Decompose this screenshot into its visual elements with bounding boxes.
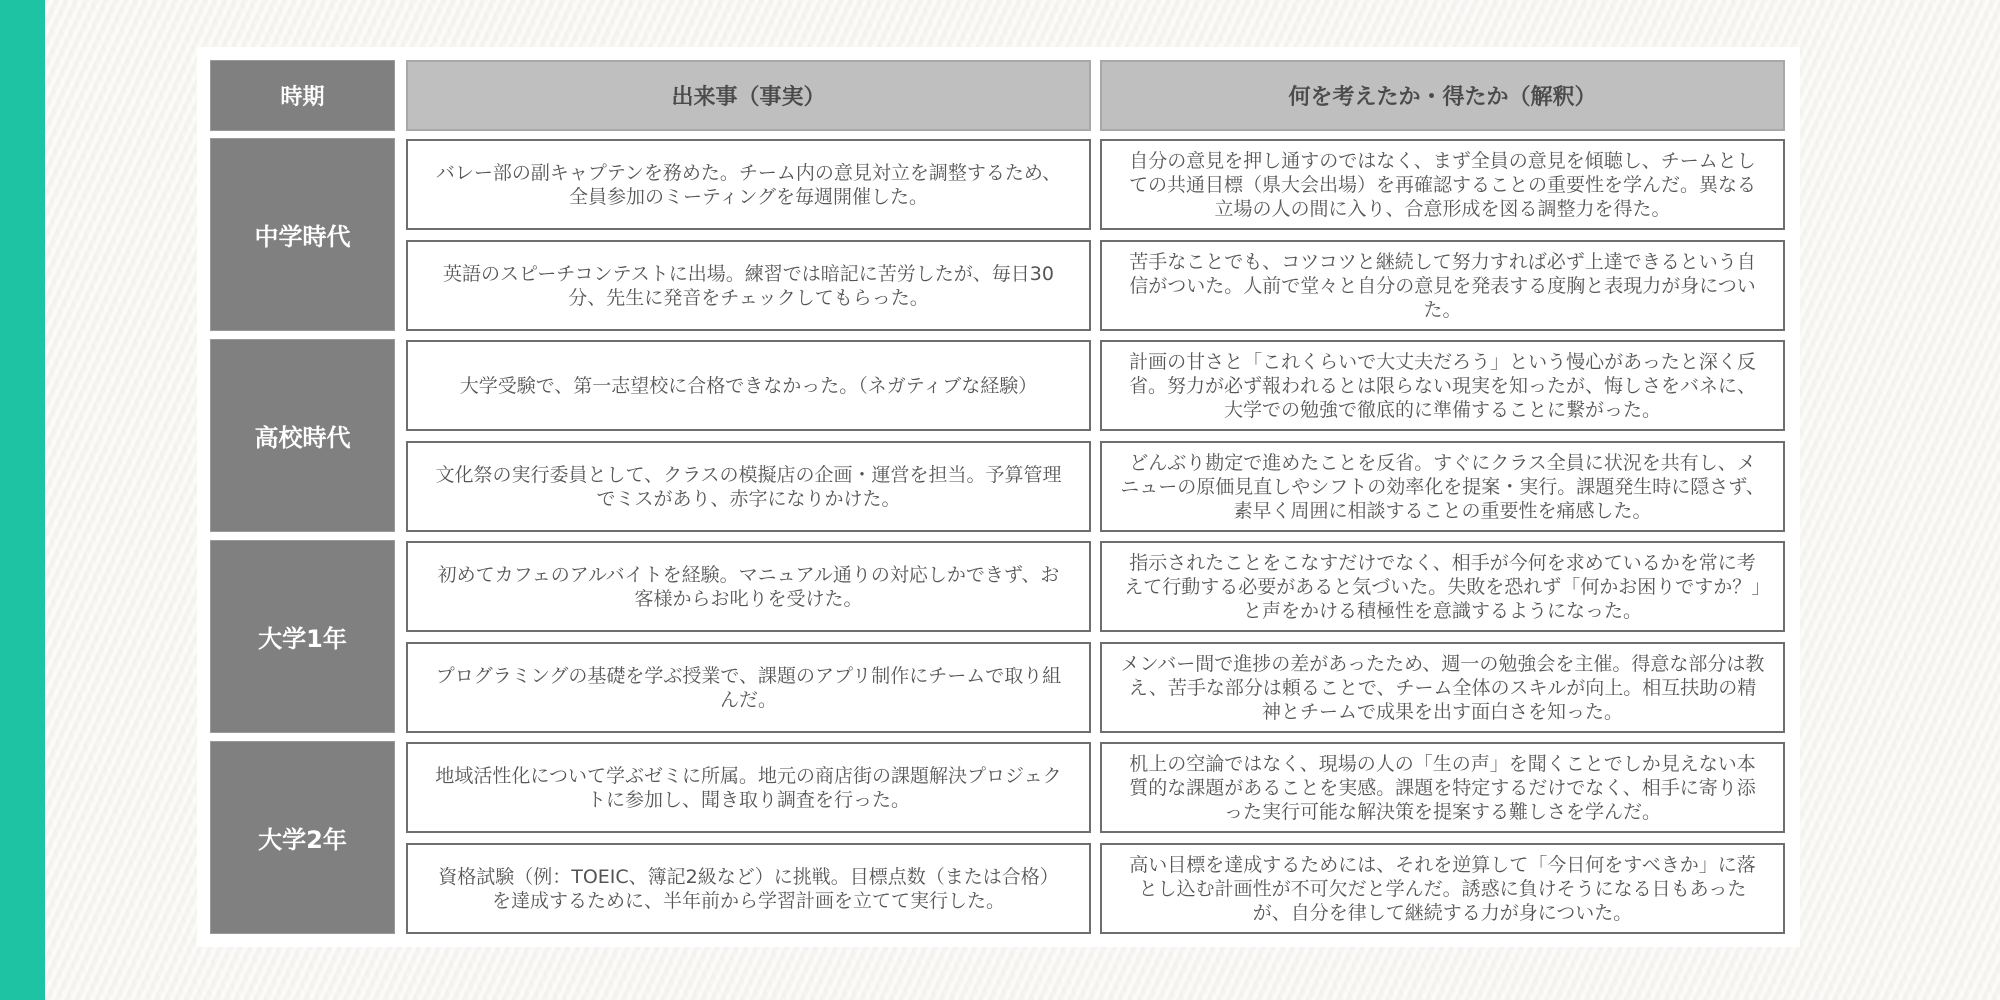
header-period: 時期: [210, 60, 395, 131]
interpretation-text: メンバー間で進捗の差があったため、週一の勉強会を主催。得意な部分は教え、苦手な部…: [1120, 652, 1765, 724]
event-text: 地域活性化について学ぶゼミに所属。地元の商店街の課題解決プロジェクトに参加し、聞…: [430, 764, 1067, 812]
interpretation-cell: メンバー間で進捗の差があったため、週一の勉強会を主催。得意な部分は教え、苦手な部…: [1100, 642, 1785, 733]
interpretation-cell: 机上の空論ではなく、現場の人の「生の声」を聞くことでしか見えない本質的な課題があ…: [1100, 742, 1785, 833]
interpretation-text: 自分の意見を押し通すのではなく、まず全員の意見を傾聴し、チームとしての共通目標（…: [1120, 149, 1765, 221]
event-text: 文化祭の実行委員として、クラスの模擬店の企画・運営を担当。予算管理でミスがあり、…: [430, 463, 1067, 511]
header-event: 出来事（事実）: [406, 60, 1091, 131]
event-text: 初めてカフェのアルバイトを経験。マニュアル通りの対応しかできず、お客様からお叱り…: [430, 563, 1067, 611]
interpretation-text: 苦手なことでも、コツコツと継続して努力すれば必ず上達できるという自信がついた。人…: [1120, 250, 1765, 322]
interpretation-cell: 高い目標を達成するためには、それを逆算して「今日何をすべきか」に落とし込む計画性…: [1100, 843, 1785, 934]
interpretation-text: 計画の甘さと「これくらいで大丈夫だろう」という慢心があったと深く反省。努力が必ず…: [1120, 350, 1765, 422]
interpretation-text: 高い目標を達成するためには、それを逆算して「今日何をすべきか」に落とし込む計画性…: [1120, 853, 1765, 925]
interpretation-text: 指示されたことをこなすだけでなく、相手が今何を求めているかを常に考えて行動する必…: [1120, 551, 1765, 623]
table-header-row: 時期 出来事（事実） 何を考えたか・得たか（解釈）: [210, 60, 1785, 131]
period-block-high-school: 高校時代 大学受験で、第一志望校に合格できなかった。（ネガティブな経験） 計画の…: [210, 339, 1785, 532]
period-label: 高校時代: [210, 339, 395, 532]
period-block-junior-high: 中学時代 バレー部の副キャプテンを務めた。チーム内の意見対立を調整するため、全員…: [210, 138, 1785, 331]
event-cell: バレー部の副キャプテンを務めた。チーム内の意見対立を調整するため、全員参加のミー…: [406, 139, 1091, 230]
event-cell: 初めてカフェのアルバイトを経験。マニュアル通りの対応しかできず、お客様からお叱り…: [406, 541, 1091, 632]
event-cell: 資格試験（例：TOEIC、簿記2級など）に挑戦。目標点数（または合格）を達成する…: [406, 843, 1091, 934]
event-cell: 大学受験で、第一志望校に合格できなかった。（ネガティブな経験）: [406, 340, 1091, 431]
interpretation-text: 机上の空論ではなく、現場の人の「生の声」を聞くことでしか見えない本質的な課題があ…: [1120, 752, 1765, 824]
event-text: バレー部の副キャプテンを務めた。チーム内の意見対立を調整するため、全員参加のミー…: [430, 161, 1067, 209]
interpretation-cell: 計画の甘さと「これくらいで大丈夫だろう」という慢心があったと深く反省。努力が必ず…: [1100, 340, 1785, 431]
period-label: 大学2年: [210, 741, 395, 934]
interpretation-cell: 指示されたことをこなすだけでなく、相手が今何を求めているかを常に考えて行動する必…: [1100, 541, 1785, 632]
event-text: 資格試験（例：TOEIC、簿記2級など）に挑戦。目標点数（または合格）を達成する…: [430, 865, 1067, 913]
event-cell: 地域活性化について学ぶゼミに所属。地元の商店街の課題解決プロジェクトに参加し、聞…: [406, 742, 1091, 833]
interpretation-cell: 自分の意見を押し通すのではなく、まず全員の意見を傾聴し、チームとしての共通目標（…: [1100, 139, 1785, 230]
period-label: 中学時代: [210, 138, 395, 331]
interpretation-cell: どんぶり勘定で進めたことを反省。すぐにクラス全員に状況を共有し、メニューの原価見…: [1100, 441, 1785, 532]
event-cell: 英語のスピーチコンテストに出場。練習では暗記に苦労したが、毎日30分、先生に発音…: [406, 240, 1091, 331]
header-interpretation: 何を考えたか・得たか（解釈）: [1100, 60, 1785, 131]
interpretation-cell: 苦手なことでも、コツコツと継続して努力すれば必ず上達できるという自信がついた。人…: [1100, 240, 1785, 331]
event-cell: 文化祭の実行委員として、クラスの模擬店の企画・運営を担当。予算管理でミスがあり、…: [406, 441, 1091, 532]
interpretation-text: どんぶり勘定で進めたことを反省。すぐにクラス全員に状況を共有し、メニューの原価見…: [1120, 451, 1765, 523]
period-label: 大学1年: [210, 540, 395, 733]
event-text: プログラミングの基礎を学ぶ授業で、課題のアプリ制作にチームで取り組んだ。: [430, 664, 1067, 712]
accent-bar: [0, 0, 45, 1000]
event-cell: プログラミングの基礎を学ぶ授業で、課題のアプリ制作にチームで取り組んだ。: [406, 642, 1091, 733]
event-text: 英語のスピーチコンテストに出場。練習では暗記に苦労したが、毎日30分、先生に発音…: [430, 262, 1067, 310]
period-block-university-year1: 大学1年 初めてカフェのアルバイトを経験。マニュアル通りの対応しかできず、お客様…: [210, 540, 1785, 733]
period-block-university-year2: 大学2年 地域活性化について学ぶゼミに所属。地元の商店街の課題解決プロジェクトに…: [210, 741, 1785, 934]
event-text: 大学受験で、第一志望校に合格できなかった。（ネガティブな経験）: [460, 374, 1038, 398]
